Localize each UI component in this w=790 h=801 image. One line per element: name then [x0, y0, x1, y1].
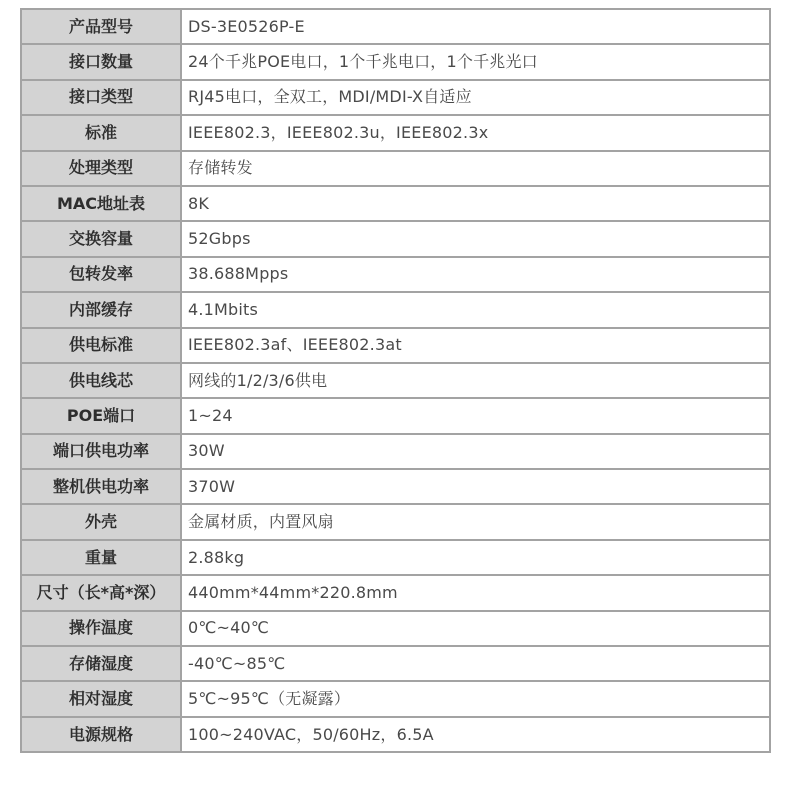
table-row-weight: 重量 2.88kg	[21, 540, 770, 575]
row-value: 2.88kg	[181, 540, 770, 575]
row-value: 网线的1/2/3/6供电	[181, 363, 770, 398]
row-value: 24个千兆POE电口，1个千兆电口，1个千兆光口	[181, 44, 770, 79]
row-value: RJ45电口，全双工，MDI/MDI-X自适应	[181, 80, 770, 115]
row-value: -40℃~85℃	[181, 646, 770, 681]
row-label: 接口数量	[21, 44, 181, 79]
row-value: IEEE802.3af、IEEE802.3at	[181, 328, 770, 363]
table-row-poe-standard: 供电标准 IEEE802.3af、IEEE802.3at	[21, 328, 770, 363]
row-label: 交换容量	[21, 221, 181, 256]
table-row-housing: 外壳 金属材质，内置风扇	[21, 504, 770, 539]
row-value: 5℃~95℃（无凝露）	[181, 681, 770, 716]
table-row-relative-humidity: 相对湿度 5℃~95℃（无凝露）	[21, 681, 770, 716]
row-value: 0℃~40℃	[181, 611, 770, 646]
row-label: 相对湿度	[21, 681, 181, 716]
row-value: 金属材质，内置风扇	[181, 504, 770, 539]
spec-table: 产品型号 DS-3E0526P-E 接口数量 24个千兆POE电口，1个千兆电口…	[20, 8, 771, 753]
row-label: 接口类型	[21, 80, 181, 115]
table-row-standard: 标准 IEEE802.3，IEEE802.3u，IEEE802.3x	[21, 115, 770, 150]
table-row-power-pins: 供电线芯 网线的1/2/3/6供电	[21, 363, 770, 398]
table-row-forwarding-rate: 包转发率 38.688Mpps	[21, 257, 770, 292]
row-label: 包转发率	[21, 257, 181, 292]
table-row-dimensions: 尺寸（长*高*深） 440mm*44mm*220.8mm	[21, 575, 770, 610]
table-row-model: 产品型号 DS-3E0526P-E	[21, 9, 770, 44]
row-value: IEEE802.3，IEEE802.3u，IEEE802.3x	[181, 115, 770, 150]
table-row-operating-temp: 操作温度 0℃~40℃	[21, 611, 770, 646]
table-row-buffer: 内部缓存 4.1Mbits	[21, 292, 770, 327]
table-row-total-power: 整机供电功率 370W	[21, 469, 770, 504]
row-value: 8K	[181, 186, 770, 221]
row-value: 30W	[181, 434, 770, 469]
row-label: 外壳	[21, 504, 181, 539]
row-value: 440mm*44mm*220.8mm	[181, 575, 770, 610]
row-label: 标准	[21, 115, 181, 150]
table-row-processing-type: 处理类型 存储转发	[21, 151, 770, 186]
table-row-storage-humidity: 存储湿度 -40℃~85℃	[21, 646, 770, 681]
table-row-power-supply: 电源规格 100~240VAC，50/60Hz，6.5A	[21, 717, 770, 752]
row-label: MAC地址表	[21, 186, 181, 221]
row-value: 52Gbps	[181, 221, 770, 256]
table-row-mac-table: MAC地址表 8K	[21, 186, 770, 221]
row-label: 电源规格	[21, 717, 181, 752]
row-label: 操作温度	[21, 611, 181, 646]
row-label: 整机供电功率	[21, 469, 181, 504]
row-label: 端口供电功率	[21, 434, 181, 469]
table-row-port-type: 接口类型 RJ45电口，全双工，MDI/MDI-X自适应	[21, 80, 770, 115]
row-value: 100~240VAC，50/60Hz，6.5A	[181, 717, 770, 752]
row-value: 370W	[181, 469, 770, 504]
row-label: 重量	[21, 540, 181, 575]
row-value: 1~24	[181, 398, 770, 433]
table-row-switching-capacity: 交换容量 52Gbps	[21, 221, 770, 256]
row-value: 存储转发	[181, 151, 770, 186]
table-row-port-power: 端口供电功率 30W	[21, 434, 770, 469]
row-value: DS-3E0526P-E	[181, 9, 770, 44]
row-label: 供电标准	[21, 328, 181, 363]
row-label: 内部缓存	[21, 292, 181, 327]
row-label: POE端口	[21, 398, 181, 433]
row-label: 产品型号	[21, 9, 181, 44]
row-label: 处理类型	[21, 151, 181, 186]
row-value: 38.688Mpps	[181, 257, 770, 292]
row-label: 尺寸（长*高*深）	[21, 575, 181, 610]
row-label: 供电线芯	[21, 363, 181, 398]
table-row-poe-ports: POE端口 1~24	[21, 398, 770, 433]
table-row-port-count: 接口数量 24个千兆POE电口，1个千兆电口，1个千兆光口	[21, 44, 770, 79]
row-value: 4.1Mbits	[181, 292, 770, 327]
row-label: 存储湿度	[21, 646, 181, 681]
